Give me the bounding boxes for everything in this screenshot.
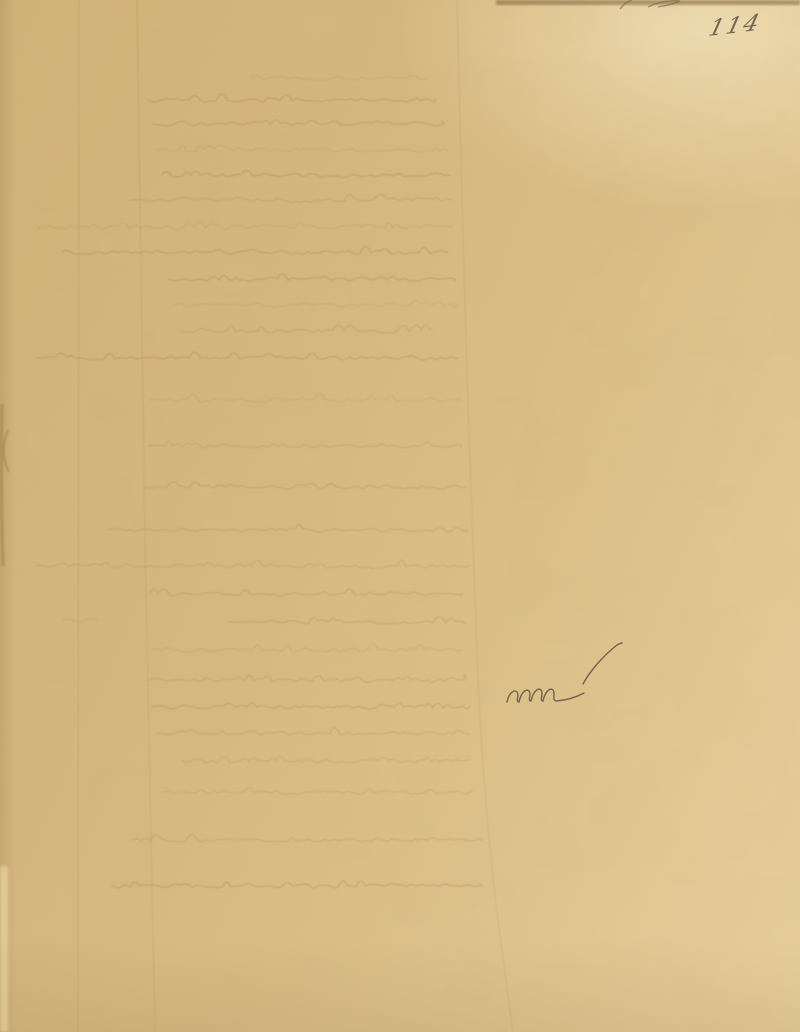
- bleedthrough-text-line: [152, 644, 462, 652]
- bleedthrough-text-line: [150, 394, 460, 403]
- bleedthrough-writing: [36, 76, 482, 888]
- bleedthrough-text-line: [130, 194, 452, 202]
- paper-grain-texture: [0, 0, 800, 1032]
- bleedthrough-text-line: [152, 703, 470, 709]
- paper-mottle-texture: [0, 0, 800, 1032]
- bleedthrough-text-line: [112, 881, 482, 888]
- bleedthrough-text-line: [108, 525, 468, 532]
- bleedthrough-text-line: [36, 352, 458, 360]
- bleedthrough-text-line: [150, 588, 462, 596]
- scanned-page: 114: [0, 0, 800, 1032]
- adjacent-page-edge-band: [496, 0, 800, 5]
- bleedthrough-text-line: [180, 325, 432, 334]
- top-cutoff-pen-mark: [620, 0, 632, 9]
- bleedthrough-text-line: [38, 222, 452, 229]
- ink-scribble-mark: [507, 643, 622, 702]
- bleedthrough-text-line: [158, 145, 448, 152]
- bleedthrough-text-line: [168, 274, 455, 281]
- ruled-line: [137, 0, 155, 1032]
- bleedthrough-text-line: [228, 617, 465, 624]
- bleedthrough-text-line: [145, 482, 465, 490]
- bleedthrough-text-line: [36, 560, 470, 568]
- top-cutoff-pen-mark: [648, 1, 680, 7]
- bleedthrough-text-line: [162, 788, 472, 794]
- bleedthrough-text-line: [62, 618, 98, 622]
- bleedthrough-text-line: [252, 76, 428, 81]
- left-edge-shadow-streak: [1, 404, 3, 566]
- bleedthrough-text-line: [162, 170, 450, 177]
- bleedthrough-text-line: [132, 835, 482, 842]
- scribble-loops: [507, 689, 584, 702]
- bleedthrough-text-line: [156, 728, 470, 735]
- left-edge-smudge: [4, 430, 9, 472]
- left-edge-highlight: [0, 866, 8, 1032]
- page-number: 114: [706, 10, 764, 42]
- ruled-line: [457, 0, 513, 1032]
- bleedthrough-text-line: [175, 300, 458, 307]
- adjacent-page-edge: [496, 0, 800, 5]
- ruled-line: [78, 0, 79, 1032]
- bleedthrough-text-line: [62, 247, 448, 254]
- bleedthrough-text-line: [150, 674, 466, 682]
- bleedthrough-text-line: [182, 756, 470, 762]
- bleedthrough-text-line: [148, 94, 436, 102]
- scribble-flick-stroke: [583, 643, 622, 684]
- ruled-lines: [78, 0, 513, 1032]
- bleedthrough-text-line: [148, 441, 462, 448]
- page-artwork: [0, 0, 800, 1032]
- bleedthrough-text-line: [152, 120, 444, 126]
